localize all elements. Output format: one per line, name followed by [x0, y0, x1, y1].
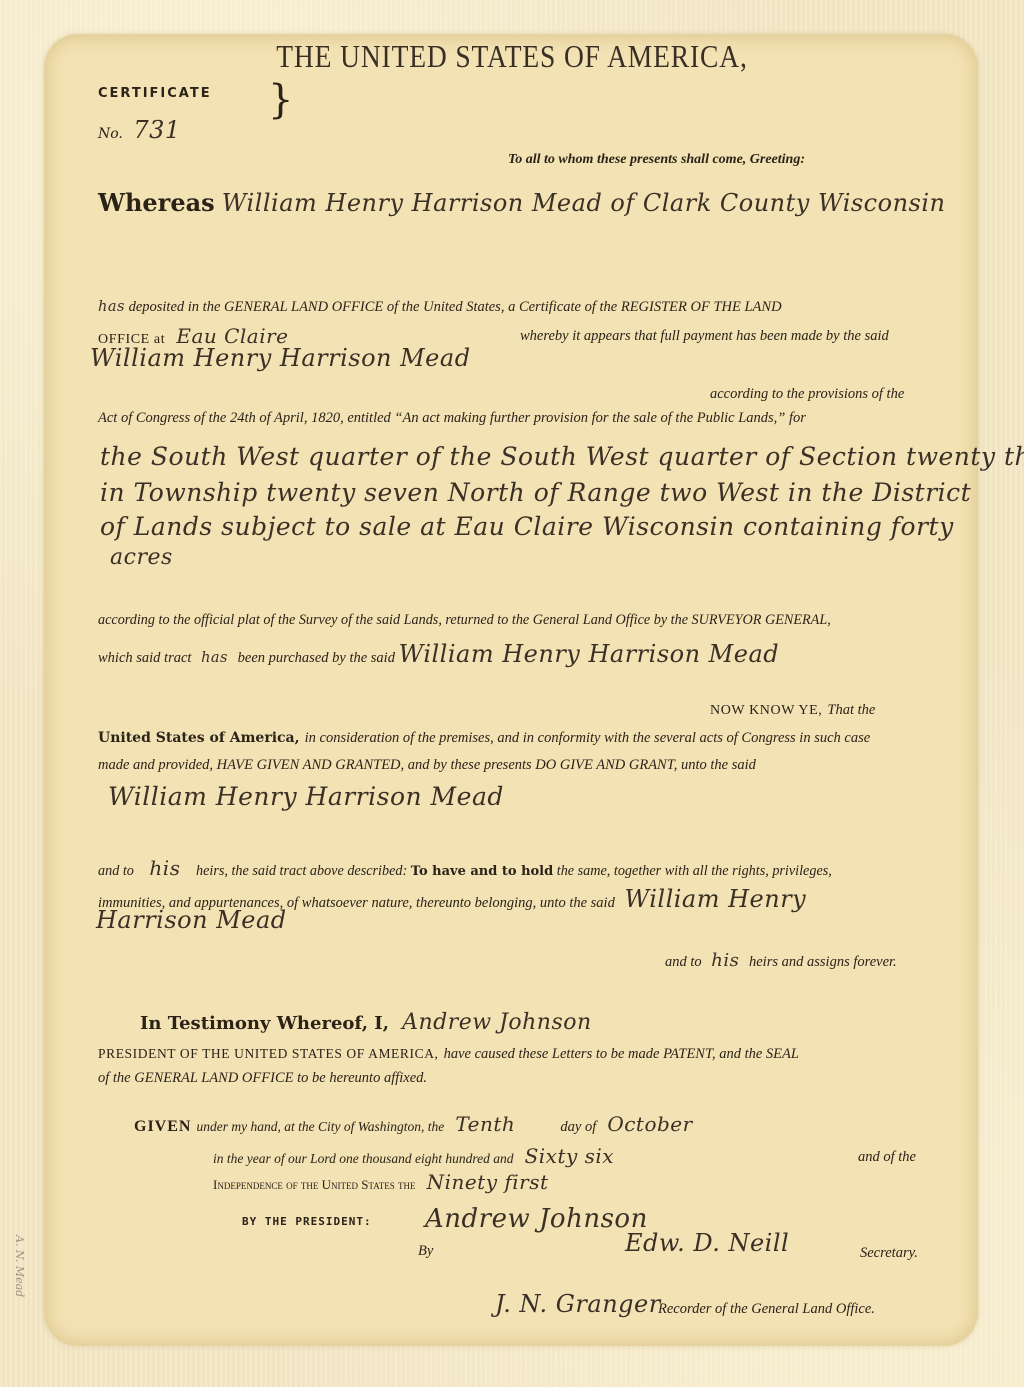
usa-gothic: United States of America,: [98, 730, 300, 746]
year-value: Sixty six: [525, 1144, 615, 1168]
brace-icon: }: [268, 80, 293, 120]
whereby-text: whereby it appears that full payment has…: [520, 328, 889, 345]
now-know-line: NOW KNOW YE, That the: [710, 699, 875, 719]
rights-text: the same, together with all the rights, …: [557, 863, 832, 879]
whereas-name: William Henry Harrison Mead of Clark Cou…: [222, 189, 946, 217]
president-signature: Andrew Johnson: [425, 1204, 648, 1234]
by-label: By: [418, 1243, 433, 1260]
certificate-label: CERTIFICATE: [98, 86, 212, 101]
land-description-2: in Township twenty seven North of Range …: [100, 478, 971, 507]
president-name: Andrew Johnson: [402, 1010, 592, 1035]
grantee-name-2: Harrison Mead: [96, 906, 287, 934]
survey-line: according to the official plat of the Su…: [98, 612, 831, 629]
tract-text: which said tract: [98, 650, 191, 666]
purchased-text: been purchased by the said: [238, 650, 395, 666]
heirs-text: heirs, the said tract above described:: [196, 863, 407, 879]
according-text: according to the provisions of the: [710, 386, 904, 403]
independence-text: Independence of the United States the: [213, 1177, 415, 1192]
year-line: in the year of our Lord one thousand eig…: [213, 1144, 614, 1168]
heirs-line: and to his heirs, the said tract above d…: [98, 856, 832, 880]
patent-text: have caused these Letters to be made PAT…: [444, 1046, 799, 1062]
secretary-label: Secretary.: [860, 1245, 918, 1262]
his-handwritten-2: his: [711, 950, 739, 971]
and-to: and to: [98, 863, 134, 879]
that-the: That the: [827, 702, 875, 718]
certificate-no-value: 731: [133, 116, 180, 144]
forever-text: heirs and assigns forever.: [749, 954, 897, 970]
by-the-president: BY THE PRESIDENT:: [242, 1215, 372, 1228]
certificate-no-label: No.: [98, 126, 123, 142]
now-know-ye: NOW KNOW YE,: [710, 703, 822, 718]
given-word: GIVEN: [134, 1118, 191, 1135]
year-text: in the year of our Lord one thousand eig…: [213, 1151, 513, 1166]
grantee-name-1: William Henry: [624, 885, 806, 913]
margin-note: A. N. Mead: [13, 1235, 26, 1297]
has-handwritten: has: [98, 299, 125, 315]
deposit-text: deposited in the GENERAL LAND OFFICE of …: [129, 299, 782, 315]
forever-line: and to his heirs and assigns forever.: [665, 950, 897, 971]
grantee-name: William Henry Harrison Mead: [108, 782, 504, 811]
certificate-number: No. 731: [98, 116, 181, 144]
land-description-1: the South West quarter of the South West…: [100, 442, 1024, 471]
day-of: day of: [560, 1119, 596, 1135]
whereas-line: Whereas William Henry Harrison Mead of C…: [98, 188, 945, 217]
land-description-3: of Lands subject to sale at Eau Claire W…: [100, 512, 954, 541]
president-caps: PRESIDENT OF THE UNITED STATES OF AMERIC…: [98, 1046, 439, 1061]
land-description-4: acres: [110, 545, 173, 570]
purchased-line: which said tract has been purchased by t…: [98, 640, 779, 668]
whereas-word: Whereas: [98, 188, 215, 217]
to-have-gothic: To have and to hold: [411, 864, 553, 879]
recorder-label: Recorder of the General Land Office.: [658, 1301, 875, 1318]
act-line: Act of Congress of the 24th of April, 18…: [98, 410, 806, 427]
day-value: Tenth: [455, 1112, 515, 1136]
seal-line: of the GENERAL LAND OFFICE to be hereunt…: [98, 1070, 427, 1087]
deposit-line: has deposited in the GENERAL LAND OFFICE…: [98, 299, 782, 316]
secretary-signature: Edw. D. Neill: [625, 1229, 789, 1257]
his-handwritten: his: [149, 856, 180, 880]
document-title: THE UNITED STATES OF AMERICA,: [72, 38, 953, 75]
recorder-signature: J. N. Granger: [495, 1290, 661, 1318]
testimony-line: In Testimony Whereof, I, Andrew Johnson: [140, 1010, 592, 1035]
payer-name: William Henry Harrison Mead: [90, 344, 471, 372]
purchaser-name: William Henry Harrison Mead: [399, 640, 780, 668]
has-handwritten-2: has: [201, 650, 228, 666]
independence-year: Ninety first: [427, 1170, 549, 1194]
granted-line: made and provided, HAVE GIVEN AND GRANTE…: [98, 757, 756, 774]
greeting: To all to whom these presents shall come…: [508, 152, 805, 168]
month-value: October: [607, 1112, 692, 1136]
usa-consideration-line: United States of America, in considerati…: [98, 727, 870, 747]
given-line: GIVEN under my hand, at the City of Wash…: [134, 1112, 693, 1136]
independence-line: Independence of the United States the Ni…: [213, 1170, 549, 1194]
testimony-gothic: In Testimony Whereof, I,: [140, 1013, 389, 1034]
and-to-2: and to: [665, 954, 702, 970]
and-of-the: and of the: [858, 1149, 916, 1166]
president-line: PRESIDENT OF THE UNITED STATES OF AMERIC…: [98, 1043, 799, 1063]
consideration-text: in consideration of the premises, and in…: [305, 730, 871, 746]
given-text: under my hand, at the City of Washington…: [197, 1119, 445, 1134]
